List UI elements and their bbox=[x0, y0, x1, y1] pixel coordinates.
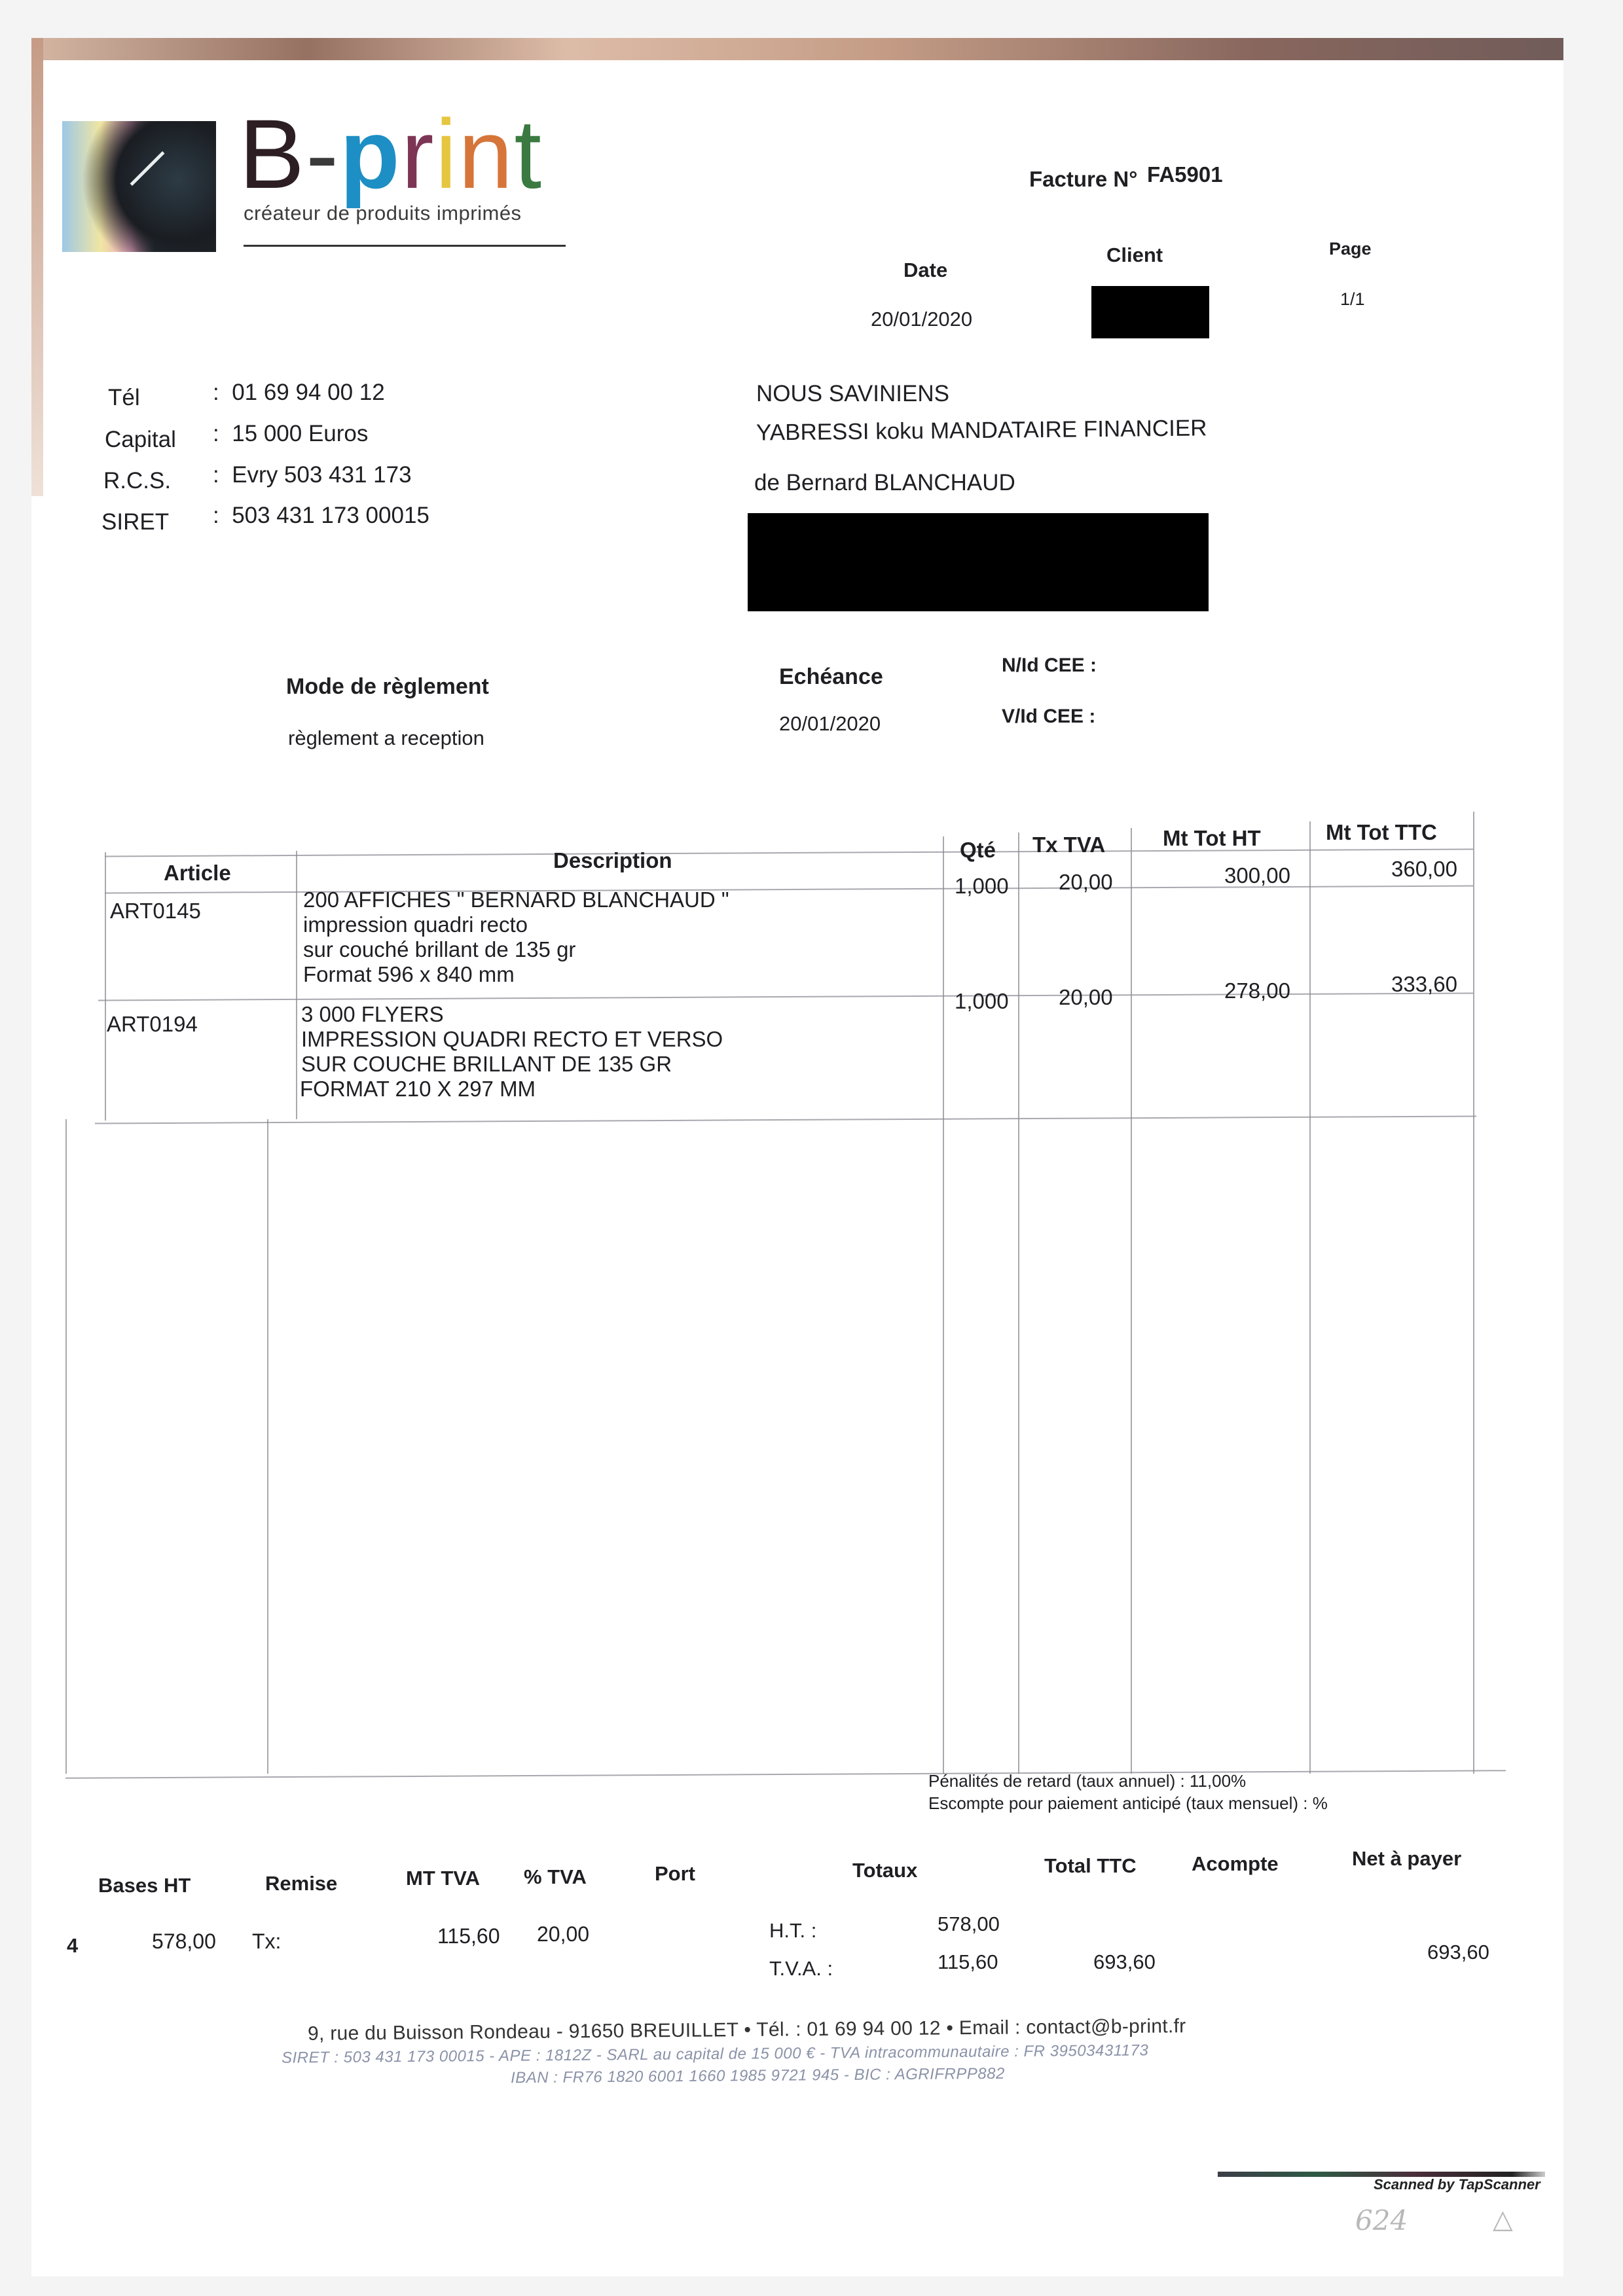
summary-header-pct-tva: % TVA bbox=[524, 1865, 587, 1889]
brand-letter: - bbox=[306, 99, 340, 209]
company-logo-image bbox=[62, 121, 216, 252]
summary-header-remise: Remise bbox=[265, 1872, 337, 1895]
info-value: : Evry 503 431 173 bbox=[213, 462, 412, 488]
scan-edge-top bbox=[31, 38, 1563, 60]
vat-code: 4 bbox=[67, 1934, 78, 1958]
article-code: ART0194 bbox=[107, 1011, 198, 1037]
qty: 1,000 bbox=[955, 873, 1009, 899]
brand-letter: B bbox=[239, 99, 306, 209]
total-ttc: 360,00 bbox=[1391, 856, 1457, 882]
late-penalties: Pénalités de retard (taux annuel) : 11,0… bbox=[928, 1771, 1246, 1791]
brand-wordmark: B-print bbox=[239, 105, 543, 203]
brand-letter: p bbox=[340, 99, 401, 209]
vat-rate: 20,00 bbox=[1059, 869, 1113, 895]
info-value: : 15 000 Euros bbox=[213, 421, 368, 447]
brand-letter: n bbox=[458, 99, 514, 209]
description-line: FORMAT 210 X 297 MM bbox=[300, 1076, 536, 1102]
info-value: : 503 431 173 00015 bbox=[213, 503, 429, 529]
summary-header-bases-ht: Bases HT bbox=[98, 1874, 191, 1897]
client-label: Client bbox=[1106, 243, 1163, 267]
bases-ht-value: 578,00 bbox=[152, 1929, 216, 1954]
handwritten-triangle-icon: △ bbox=[1493, 2204, 1513, 2234]
siret-value: 503 431 173 00015 bbox=[232, 503, 429, 528]
total-ht: 278,00 bbox=[1224, 978, 1290, 1004]
scanner-watermark: Scanned by TapScanner bbox=[1374, 2176, 1541, 2193]
total-ttc-value: 693,60 bbox=[1093, 1950, 1156, 1974]
summary-header-net: Net à payer bbox=[1352, 1847, 1461, 1871]
description-line: IMPRESSION QUADRI RECTO ET VERSO bbox=[301, 1026, 723, 1052]
total-ttc: 333,60 bbox=[1391, 971, 1457, 997]
brand-tagline: créateur de produits imprimés bbox=[244, 202, 522, 225]
tagline-rule bbox=[244, 245, 566, 247]
brand-letter: i bbox=[435, 99, 458, 209]
due-date: 20/01/2020 bbox=[779, 712, 881, 736]
payment-mode-label: Mode de règlement bbox=[286, 674, 489, 700]
client-id-redacted bbox=[1091, 286, 1209, 338]
info-label: SIRET bbox=[101, 509, 169, 535]
pct-tva-value: 20,00 bbox=[537, 1922, 589, 1946]
totals-tva-label: T.V.A. : bbox=[769, 1957, 833, 1981]
recipient-line-3: de Bernard BLANCHAUD bbox=[754, 470, 1015, 496]
rcs-value: Evry 503 431 173 bbox=[232, 462, 411, 488]
description-line: sur couché brillant de 135 gr bbox=[303, 937, 575, 963]
description-line: SUR COUCHE BRILLANT DE 135 GR bbox=[301, 1051, 672, 1077]
early-payment-discount: Escompte pour paiement anticipé (taux me… bbox=[928, 1793, 1328, 1814]
col-header-total-ht: Mt Tot HT bbox=[1163, 826, 1261, 851]
due-date-label: Echéance bbox=[779, 664, 883, 690]
totals-ht-value: 578,00 bbox=[938, 1912, 1000, 1936]
invoice-number: FA5901 bbox=[1147, 162, 1223, 187]
description-line: 3 000 FLYERS bbox=[301, 1001, 444, 1028]
summary-header-mt-tva: MT TVA bbox=[406, 1867, 480, 1890]
info-label: Tél bbox=[108, 385, 140, 411]
page-number: 1/1 bbox=[1340, 289, 1365, 310]
description-line: impression quadri recto bbox=[303, 912, 528, 938]
col-header-qty: Qté bbox=[960, 838, 996, 863]
summary-header-totaux: Totaux bbox=[852, 1859, 917, 1882]
info-label: Capital bbox=[105, 427, 176, 453]
our-vat-id-label: N/Id CEE : bbox=[1002, 655, 1097, 677]
your-vat-id-label: V/Id CEE : bbox=[1002, 706, 1095, 728]
handwritten-note: 624 bbox=[1355, 2204, 1408, 2236]
col-header-total-ttc: Mt Tot TTC bbox=[1326, 820, 1437, 845]
scan-edge-left bbox=[31, 38, 43, 496]
net-to-pay-value: 693,60 bbox=[1427, 1941, 1489, 1964]
info-value: : 01 69 94 00 12 bbox=[213, 380, 385, 406]
invoice-number-label: Facture N° bbox=[1029, 167, 1137, 192]
remise-value: Tx: bbox=[252, 1929, 281, 1954]
total-ht: 300,00 bbox=[1224, 863, 1290, 889]
invoice-date: 20/01/2020 bbox=[871, 308, 972, 331]
description-line: Format 596 x 840 mm bbox=[303, 961, 515, 988]
article-code: ART0145 bbox=[110, 898, 201, 924]
description-line: 200 AFFICHES " BERNARD BLANCHAUD " bbox=[303, 887, 729, 913]
qty: 1,000 bbox=[955, 988, 1009, 1014]
totals-tva-value: 115,60 bbox=[938, 1950, 998, 1974]
recipient-line-2: YABRESSI koku MANDATAIRE FINANCIER bbox=[756, 415, 1207, 446]
totals-ht-label: H.T. : bbox=[769, 1919, 816, 1943]
mt-tva-value: 115,60 bbox=[437, 1924, 500, 1948]
recipient-address-redacted bbox=[748, 513, 1209, 611]
info-label: R.C.S. bbox=[103, 468, 171, 494]
summary-header-acompte: Acompte bbox=[1192, 1852, 1279, 1876]
brand-letter: r bbox=[401, 99, 435, 209]
col-header-vat-rate: Tx TVA bbox=[1032, 833, 1105, 857]
brand-letter: t bbox=[514, 99, 543, 209]
recipient-line-1: NOUS SAVINIENS bbox=[756, 381, 949, 407]
capital-value: 15 000 Euros bbox=[232, 421, 368, 446]
page-label: Page bbox=[1329, 239, 1372, 259]
col-header-description: Description bbox=[553, 848, 672, 873]
vat-rate: 20,00 bbox=[1059, 984, 1113, 1011]
summary-header-port: Port bbox=[655, 1862, 695, 1886]
summary-header-total-ttc: Total TTC bbox=[1044, 1854, 1137, 1878]
col-header-article: Article bbox=[164, 861, 231, 886]
payment-mode-value: règlement a reception bbox=[288, 726, 484, 750]
phone-value: 01 69 94 00 12 bbox=[232, 380, 385, 405]
date-label: Date bbox=[903, 259, 947, 282]
